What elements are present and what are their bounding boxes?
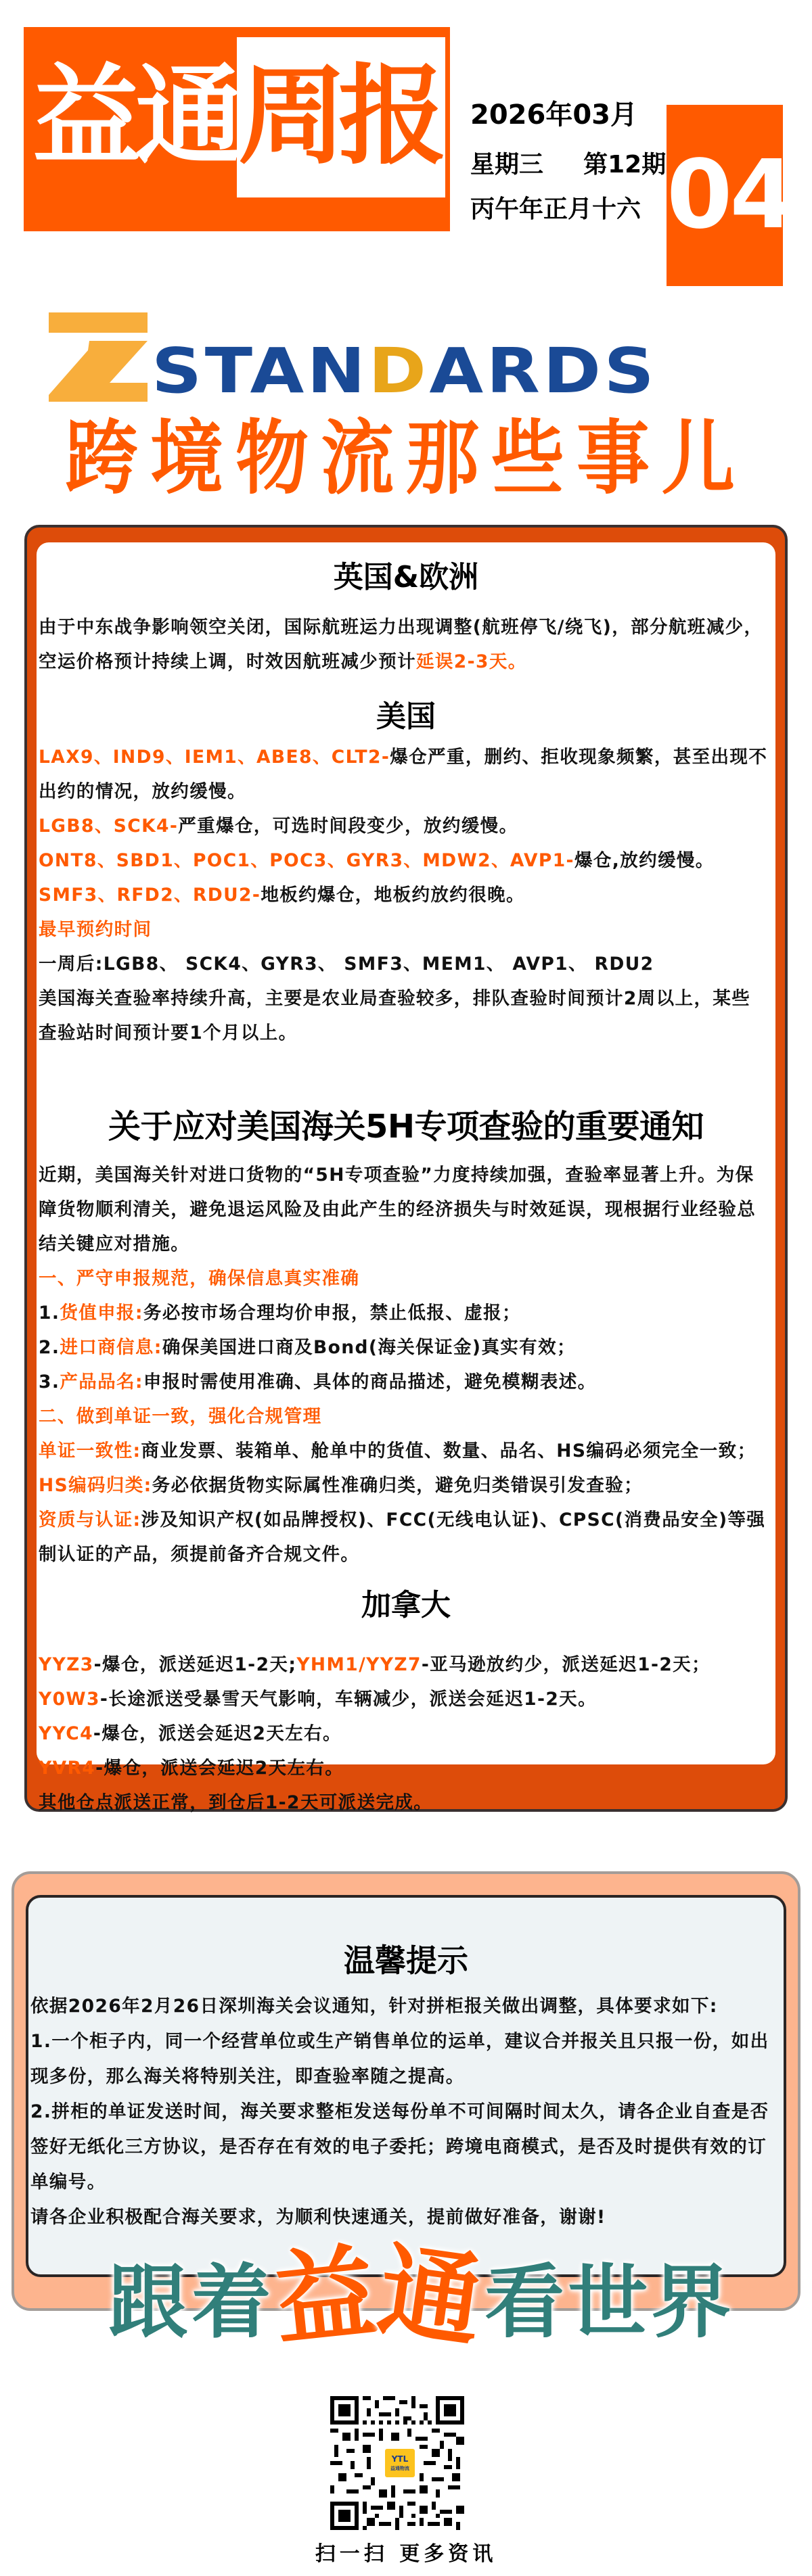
item-text: 涉及知识产权(如品牌授权)、FCC(无线电认证)、CPSC(消费品安全)等强制认… xyxy=(39,1509,765,1565)
warehouse-code: Y0W3 xyxy=(39,1689,100,1710)
item-label: 单证一致性: xyxy=(39,1441,141,1461)
logo-wordmark: STANDARDS xyxy=(152,341,657,402)
logo-text-gold: D xyxy=(368,335,429,407)
warehouse-status: 爆仓,放约缓慢。 xyxy=(574,850,715,871)
item-text: 商业发票、装箱单、舱单中的货值、数量、品名、HS编码必须完全一致； xyxy=(141,1441,757,1461)
qr-logo-mark: YTL xyxy=(385,2453,415,2465)
section-title-5h-notice: 关于应对美国海关5H专项查验的重要通知 xyxy=(37,1110,775,1143)
notice-5h-heading-2: 二、做到单证一致，强化合规管理 xyxy=(37,1399,775,1434)
qr-logo-name: 益通物流 xyxy=(385,2465,415,2472)
page-slogan: 跨境物流那些事儿 xyxy=(0,419,812,500)
item-text: 务必按市场合理均价申报，禁止低报、虚报； xyxy=(143,1303,521,1324)
section-uk-europe: 英国&欧洲 由于中东战争影响领空关闭，国际航班运力出现调整(航班停飞/绕飞)，部… xyxy=(37,563,775,679)
scan-for-more-info: 扫一扫 更多资讯 xyxy=(0,2544,812,2565)
canada-other-note: 其他仓点派送正常，到仓后1-2天可派送完成。 xyxy=(37,1785,775,1820)
warehouse-code: YVR4 xyxy=(39,1758,95,1779)
warehouse-status: -爆仓，派送延迟1-2天; xyxy=(94,1654,297,1675)
item-number: 3. xyxy=(39,1372,60,1392)
logo-text-start: STAN xyxy=(152,335,368,407)
usa-line: LAX9、IND9、IEM1、ABE8、CLT2-爆仓严重，删约、拒收现象频繁，… xyxy=(37,740,775,809)
warehouse-status: 严重爆仓，可选时间段变少，放约缓慢。 xyxy=(178,816,518,837)
uk-europe-delay-highlight: 延误2-3天。 xyxy=(416,651,527,672)
item-label: 进口商信息: xyxy=(60,1337,162,1358)
notice-5h-item: 2.进口商信息:确保美国进口商及Bond(海关保证金)真实有效； xyxy=(37,1330,775,1365)
canada-line: YVR4-爆仓，派送会延迟2天左右。 xyxy=(37,1751,775,1785)
usa-warehouse-list: LAX9、IND9、IEM1、ABE8、CLT2-爆仓严重，删约、拒收现象频繁，… xyxy=(37,740,775,1050)
tips-paragraph: 依据2026年2月26日深圳海关会议通知，针对拼柜报关做出调整，具体要求如下: xyxy=(30,1989,780,2024)
warehouse-code: YHM1/YYZ7 xyxy=(296,1654,422,1675)
qr-center-logo: YTL 益通物流 xyxy=(383,2447,417,2479)
footer-slogan-char: 界 xyxy=(651,2262,731,2342)
logo-z-icon xyxy=(49,341,150,402)
warehouse-code: YYC4 xyxy=(39,1723,93,1744)
tips-content: 温馨提示 依据2026年2月26日深圳海关会议通知，针对拼柜报关做出调整，具体要… xyxy=(26,1895,786,2277)
warehouse-codes: LAX9、IND9、IEM1、ABE8、CLT2- xyxy=(39,747,390,768)
logistics-news-card: 英国&欧洲 由于中东战争影响领空关闭，国际航班运力出现调整(航班停飞/绕飞)，部… xyxy=(24,525,788,1812)
warehouse-status: 地板约爆仓，地板约放约很晚。 xyxy=(261,885,525,906)
warehouse-codes: LGB8、SCK4- xyxy=(39,816,178,837)
brand-logo: STANDARDS xyxy=(49,312,800,400)
uk-europe-text: 由于中东战争影响领空关闭，国际航班运力出现调整(航班停飞/绕飞)，部分航班减少，… xyxy=(39,617,763,672)
section-title-canada: 加拿大 xyxy=(37,1591,775,1620)
masthead-lunar-date: 丙午年正月十六 xyxy=(470,187,656,227)
warehouse-status: -爆仓，派送会延迟2天左右。 xyxy=(95,1758,344,1779)
item-text: 确保美国进口商及Bond(海关保证金)真实有效； xyxy=(162,1337,576,1358)
notice-5h-item: 1.货值申报:务必按市场合理均价申报，禁止低报、虚报； xyxy=(37,1296,775,1330)
uk-europe-body: 由于中东战争影响领空关闭，国际航班运力出现调整(航班停飞/绕飞)，部分航班减少，… xyxy=(37,610,775,679)
usa-line: SMF3、RFD2、RDU2-地板约爆仓，地板约放约很晚。 xyxy=(37,878,775,912)
masthead-date: 2026年03月 xyxy=(470,101,656,142)
notice-5h-item: HS编码归类:务必依据货物实际属性准确归类，避免归类错误引发查验； xyxy=(37,1468,775,1503)
masthead-date-info: 2026年03月 星期三 第12期 丙午年正月十六 xyxy=(470,101,656,227)
masthead-issue: 第12期 xyxy=(583,151,666,179)
footer-slogan-brand-char: 通 xyxy=(373,2239,487,2353)
masthead-char-2: 通 xyxy=(135,42,244,191)
tips-paragraph: 2.拼柜的单证发送时间，海关要求整柜发送每份单不可间隔时间太久，请各企业自查是否… xyxy=(30,2094,780,2200)
notice-5h-item: 单证一致性:商业发票、装箱单、舱单中的货值、数量、品名、HS编码必须完全一致； xyxy=(37,1434,775,1468)
notice-5h-heading-1: 一、严守申报规范，确保信息真实准确 xyxy=(37,1261,775,1296)
warehouse-codes: ONT8、SBD1、POC1、POC3、GYR3、MDW2、AVP1- xyxy=(39,850,574,871)
usa-line: ONT8、SBD1、POC1、POC3、GYR3、MDW2、AVP1-爆仓,放约… xyxy=(37,843,775,878)
item-label: HS编码归类: xyxy=(39,1475,152,1496)
item-text: 申报时需使用准确、具体的商品描述，避免模糊表述。 xyxy=(143,1372,597,1392)
notice-5h-item: 资质与认证:涉及知识产权(如品牌授权)、FCC(无线电认证)、CPSC(消费品安… xyxy=(37,1503,775,1572)
masthead-char-1: 益 xyxy=(32,42,141,191)
section-title-uk-europe: 英国&欧洲 xyxy=(37,563,775,592)
masthead-char-3: 周 xyxy=(238,42,346,191)
notice-5h-intro: 近期，美国海关针对进口货物的“5H专项查验”力度持续加强，查验率显著上升。为保障… xyxy=(37,1158,775,1261)
earliest-appointment-label: 最早预约时间 xyxy=(37,912,775,947)
earliest-appointment-line: 一周后:LGB8、 SCK4、GYR3、 SMF3、MEM1、 AVP1、 RD… xyxy=(37,947,775,981)
section-canada: 加拿大 YYZ3-爆仓，派送延迟1-2天;YHM1/YYZ7-亚马逊放约少，派送… xyxy=(37,1591,775,1820)
footer-slogan-char: 世 xyxy=(568,2262,648,2342)
section-usa: 美国 LAX9、IND9、IEM1、ABE8、CLT2-爆仓严重，删约、拒收现象… xyxy=(37,702,775,1050)
tips-paragraph: 请各企业积极配合海关要求，为顺利快速通关，提前做好准备，谢谢! xyxy=(30,2200,780,2235)
section-title-usa: 美国 xyxy=(37,702,775,732)
notice-5h-body: 近期，美国海关针对进口货物的“5H专项查验”力度持续加强，查验率显著上升。为保障… xyxy=(37,1158,775,1572)
item-number: 2. xyxy=(39,1337,60,1358)
usa-line: LGB8、SCK4-严重爆仓，可选时间段变少，放约缓慢。 xyxy=(37,809,775,843)
logistics-news-content: 英国&欧洲 由于中东战争影响领空关闭，国际航班运力出现调整(航班停飞/绕飞)，部… xyxy=(37,542,775,1764)
item-number: 1. xyxy=(39,1303,60,1324)
tips-title: 温馨提示 xyxy=(28,1945,784,1976)
warehouse-status: -亚马逊放约少，派送延迟1-2天； xyxy=(422,1654,710,1675)
tips-paragraph: 1.一个柜子内，同一个经营单位或生产销售单位的运单，建议合并报关且只报一份，如出… xyxy=(30,2024,780,2094)
footer-slogan-char: 看 xyxy=(484,2262,564,2342)
canada-line: YYZ3-爆仓，派送延迟1-2天;YHM1/YYZ7-亚马逊放约少，派送延迟1-… xyxy=(37,1647,775,1716)
canada-warehouse-list: YYZ3-爆仓，派送延迟1-2天;YHM1/YYZ7-亚马逊放约少，派送延迟1-… xyxy=(37,1647,775,1820)
usa-inspection-note: 美国海关查验率持续升高，主要是农业局查验较多，排队查验时间预计2周以上，某些查验… xyxy=(37,981,775,1050)
masthead-day-number: 04 xyxy=(667,105,783,286)
footer-slogan: 跟 着 益 通 看 世 界 xyxy=(14,2262,812,2347)
warehouse-codes: SMF3、RFD2、RDU2- xyxy=(39,885,261,906)
tips-body: 依据2026年2月26日深圳海关会议通知，针对拼柜报关做出调整，具体要求如下: … xyxy=(30,1989,780,2235)
masthead-char-4: 报 xyxy=(338,42,447,191)
masthead-weekday-issue: 星期三 第12期 xyxy=(470,142,656,187)
item-text: 务必依据货物实际属性准确归类，避免归类错误引发查验； xyxy=(152,1475,643,1496)
item-label: 货值申报: xyxy=(60,1303,143,1324)
logo-z-top-bar xyxy=(49,312,148,333)
footer-slogan-char: 跟 xyxy=(108,2262,188,2342)
item-label: 资质与认证: xyxy=(39,1509,141,1530)
footer-slogan-char: 着 xyxy=(191,2262,271,2342)
warehouse-status: -长途派送受暴雪天气影响，车辆减少，派送会延迟1-2天。 xyxy=(100,1689,597,1710)
item-label: 产品品名: xyxy=(60,1372,143,1392)
section-5h-notice: 关于应对美国海关5H专项查验的重要通知 近期，美国海关针对进口货物的“5H专项查… xyxy=(37,1110,775,1572)
masthead-weekday: 星期三 xyxy=(470,151,543,179)
warehouse-code: YYZ3 xyxy=(39,1654,94,1675)
logo-text-end: ARDS xyxy=(429,335,657,407)
canada-line: YYC4-爆仓，派送会延迟2天左右。 xyxy=(37,1716,775,1751)
footer-slogan-brand-char: 益 xyxy=(269,2241,381,2353)
warehouse-status: -爆仓，派送会延迟2天左右。 xyxy=(93,1723,342,1744)
notice-5h-item: 3.产品品名:申报时需使用准确、具体的商品描述，避免模糊表述。 xyxy=(37,1365,775,1399)
